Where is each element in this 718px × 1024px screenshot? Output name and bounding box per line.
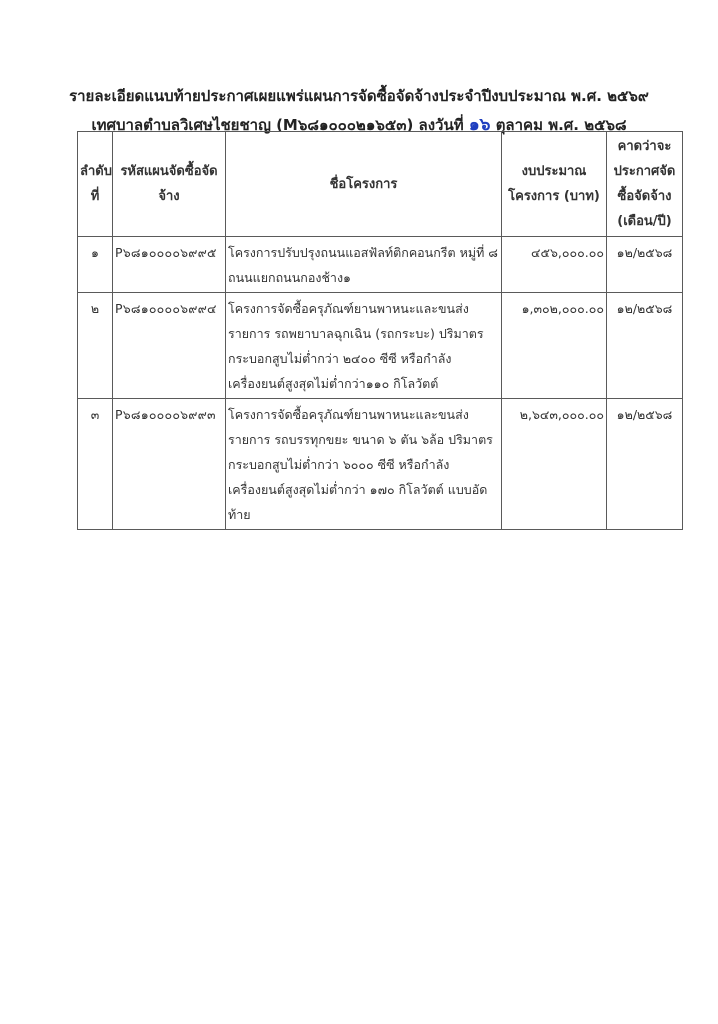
cell-budget: ๒,๖๔๓,๐๐๐.๐๐	[502, 399, 607, 530]
cell-no: ๑	[78, 237, 113, 293]
procurement-plan-table: ลำดับที่ รหัสแผนจัดซื้อจัดจ้าง ชื่อโครงก…	[77, 131, 683, 530]
cell-no: ๒	[78, 293, 113, 399]
cell-month: ๑๒/๒๕๖๘	[607, 293, 683, 399]
cell-code: P๖๘๑๐๐๐๐๖๙๙๕	[113, 237, 226, 293]
cell-name: โครงการปรับปรุงถนนแอสฟัลท์ติกคอนกรีต หมู…	[226, 237, 502, 293]
cell-budget: ๑,๓๐๒,๐๐๐.๐๐	[502, 293, 607, 399]
header-no: ลำดับที่	[78, 132, 113, 237]
cell-month: ๑๒/๒๕๖๘	[607, 399, 683, 530]
table-header-row: ลำดับที่ รหัสแผนจัดซื้อจัดจ้าง ชื่อโครงก…	[78, 132, 683, 237]
cell-budget: ๔๕๖,๐๐๐.๐๐	[502, 237, 607, 293]
table-row: ๒ P๖๘๑๐๐๐๐๖๙๙๔ โครงการจัดซื้อครุภัณฑ์ยาน…	[78, 293, 683, 399]
cell-name: โครงการจัดซื้อครุภัณฑ์ยานพาหนะและขนส่ง ร…	[226, 293, 502, 399]
cell-code: P๖๘๑๐๐๐๐๖๙๙๓	[113, 399, 226, 530]
table-row: ๑ P๖๘๑๐๐๐๐๖๙๙๕ โครงการปรับปรุงถนนแอสฟัลท…	[78, 237, 683, 293]
cell-month: ๑๒/๒๕๖๘	[607, 237, 683, 293]
header-budget: งบประมาณโครงการ (บาท)	[502, 132, 607, 237]
header-month: คาดว่าจะประกาศจัดซื้อจัดจ้าง (เดือน/ปี)	[607, 132, 683, 237]
header-code: รหัสแผนจัดซื้อจัดจ้าง	[113, 132, 226, 237]
table-row: ๓ P๖๘๑๐๐๐๐๖๙๙๓ โครงการจัดซื้อครุภัณฑ์ยาน…	[78, 399, 683, 530]
cell-code: P๖๘๑๐๐๐๐๖๙๙๔	[113, 293, 226, 399]
cell-no: ๓	[78, 399, 113, 530]
cell-name: โครงการจัดซื้อครุภัณฑ์ยานพาหนะและขนส่ง ร…	[226, 399, 502, 530]
header-name: ชื่อโครงการ	[226, 132, 502, 237]
document-title: รายละเอียดแนบท้ายประกาศเผยแพร่แผนการจัดซ…	[0, 84, 718, 108]
